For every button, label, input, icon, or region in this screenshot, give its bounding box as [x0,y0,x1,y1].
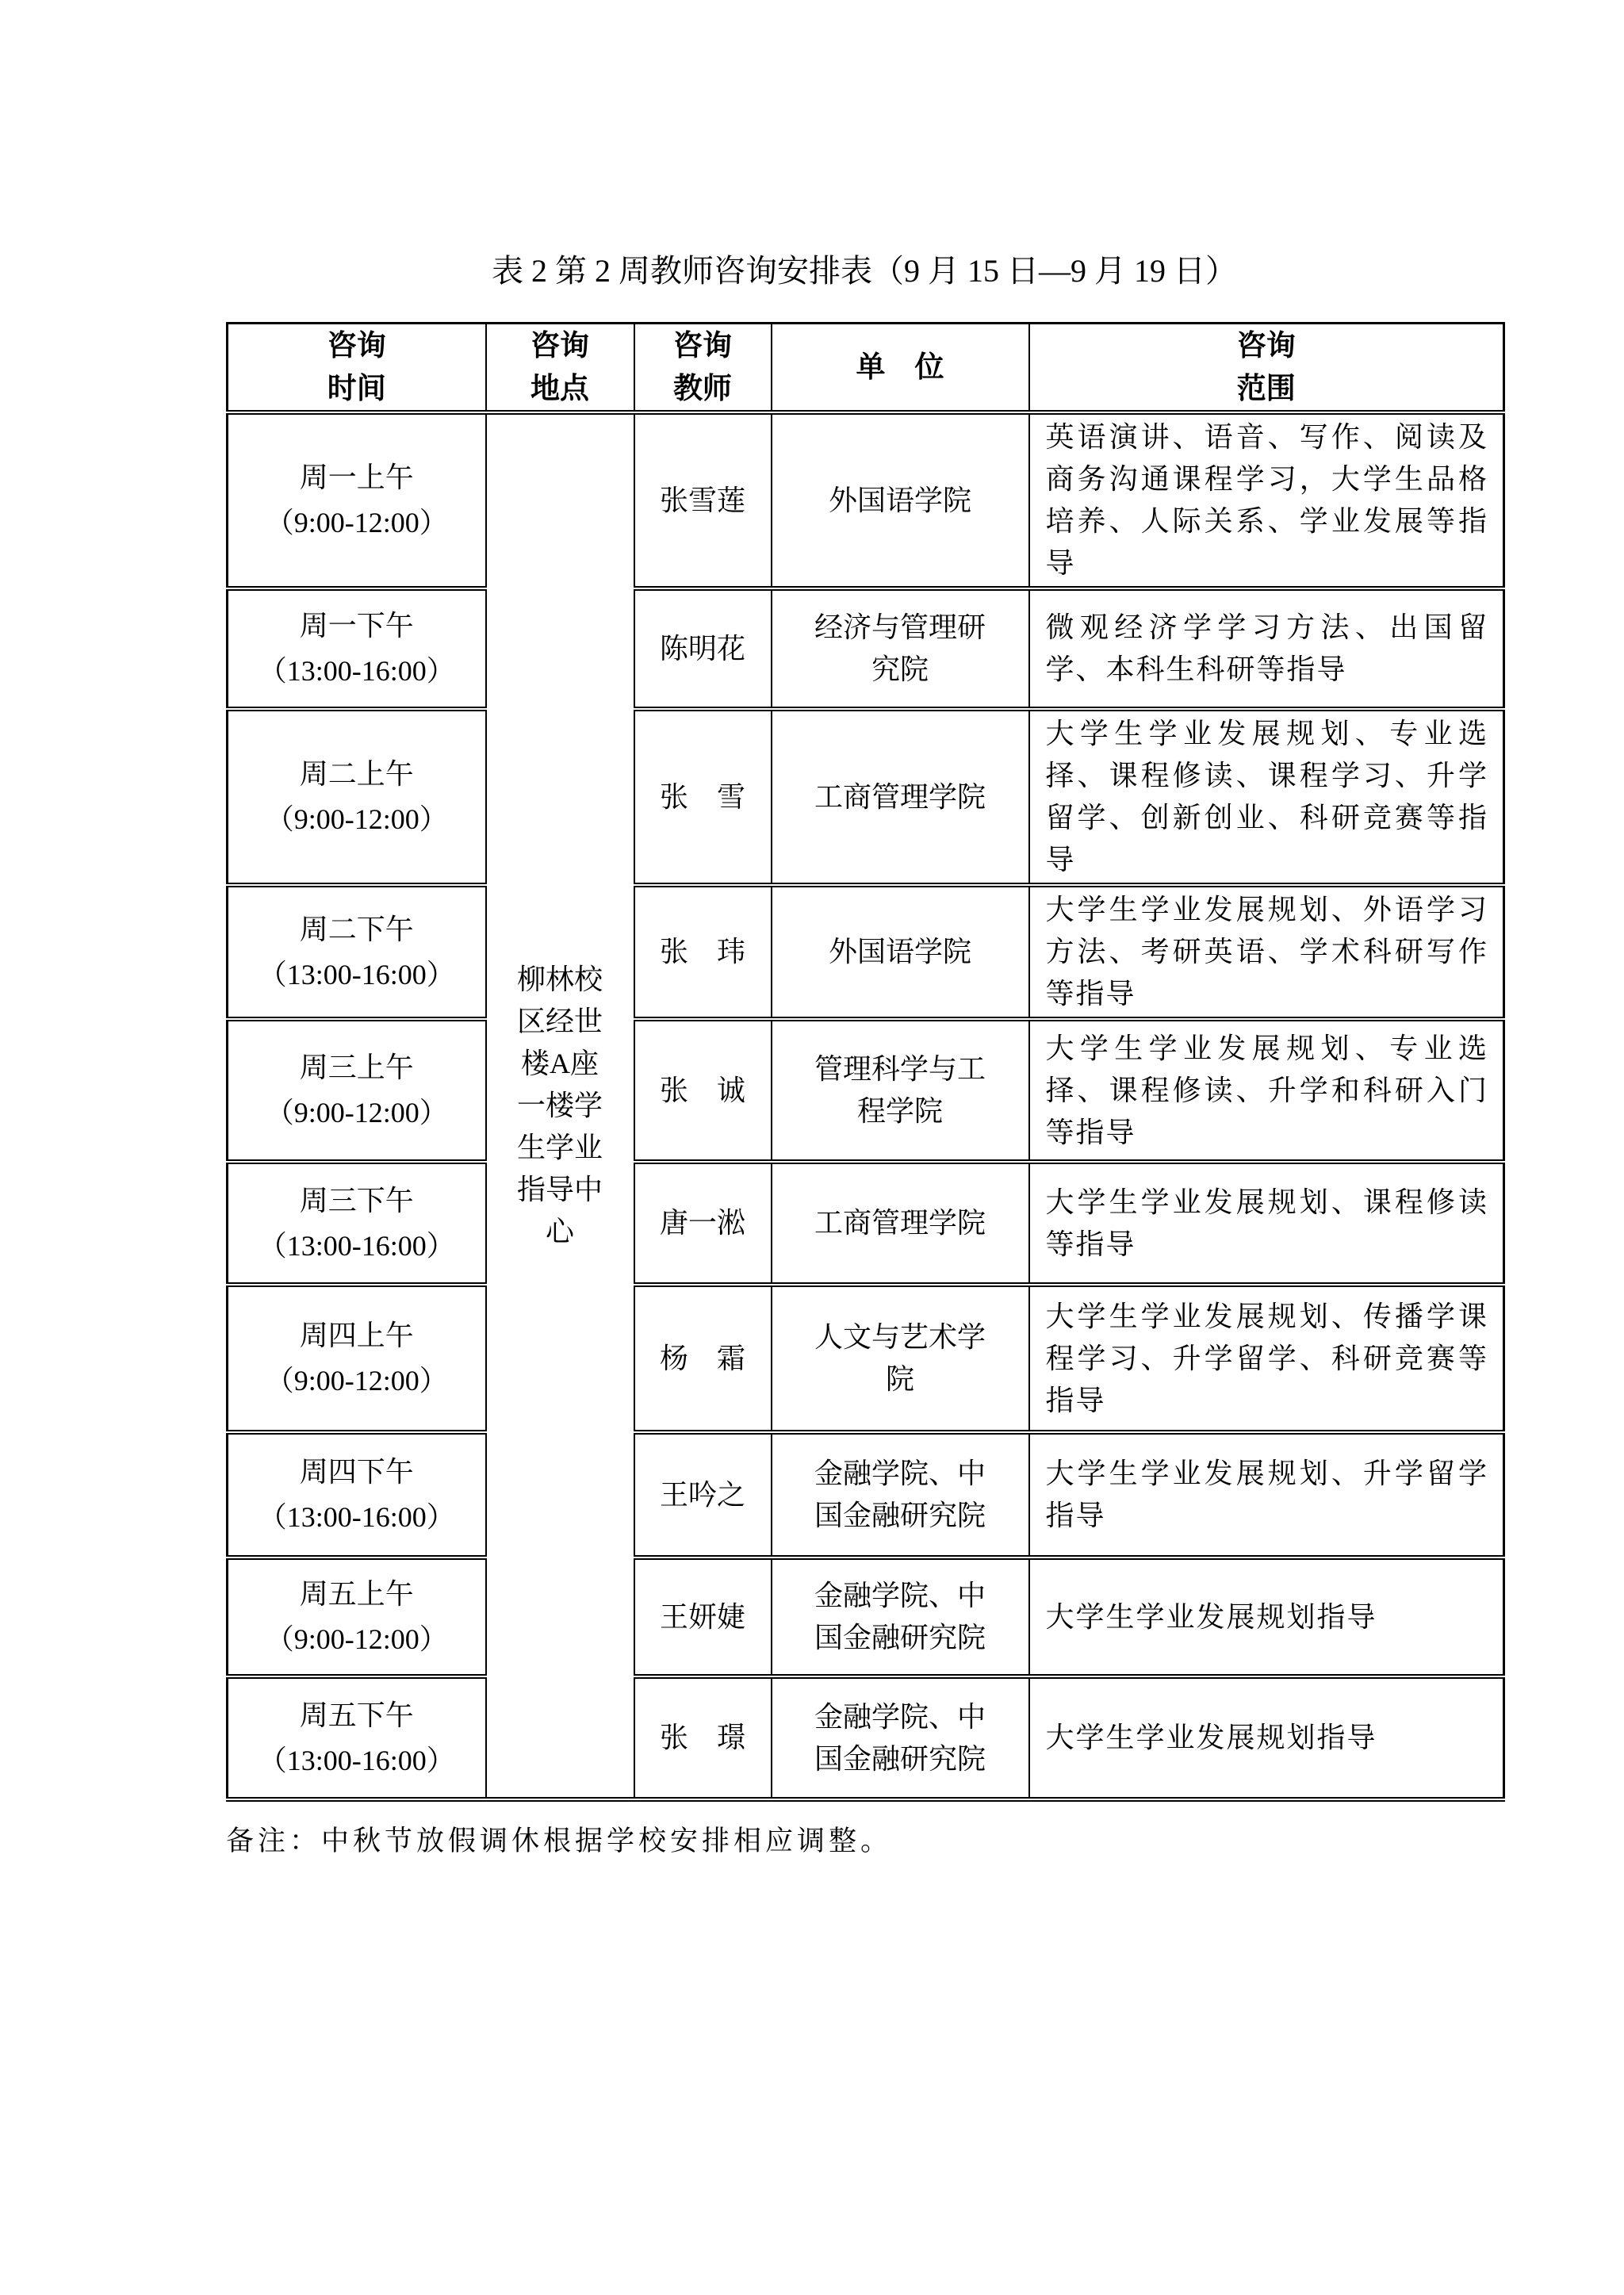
consultation-schedule-table: 咨询 时间 咨询 地点 咨询 教师 单 位 咨询 范围 周一上午 （9:00-1… [226,322,1505,1802]
header-unit: 单 位 [772,324,1029,413]
scope-cell: 英语演讲、语音、写作、阅读及商务沟通课程学习，大学生品格培养、人际关系、学业发展… [1029,412,1504,588]
scope-cell: 微观经济学学习方法、出国留学、本科生科研等指导 [1029,588,1504,709]
table-row: 周五上午 （9:00-12:00） 王妍婕 金融学院、中国金融研究院 大学生学业… [228,1557,1504,1676]
location-cell: 柳林校区经世楼A座一楼学生学业指导中心 [486,412,634,1799]
time-cell: 周二上午 （9:00-12:00） [228,709,486,885]
scope-cell: 大学生学业发展规划、升学留学指导 [1029,1432,1504,1557]
table-row: 周四下午 （13:00-16:00） 王吟之 金融学院、中国金融研究院 大学生学… [228,1432,1504,1557]
teacher-cell: 王吟之 [634,1432,772,1557]
time-cell: 周五下午 （13:00-16:00） [228,1676,486,1799]
teacher-cell: 王妍婕 [634,1557,772,1676]
unit-cell: 经济与管理研究院 [772,588,1029,709]
table-row: 周五下午 （13:00-16:00） 张 璟 金融学院、中国金融研究院 大学生学… [228,1676,1504,1799]
time-cell: 周五上午 （9:00-12:00） [228,1557,486,1676]
table-row: 周三上午 （9:00-12:00） 张 诚 管理科学与工程学院 大学生学业发展规… [228,1019,1504,1162]
teacher-cell: 张 诚 [634,1019,772,1162]
header-consult-location: 咨询 地点 [486,324,634,413]
unit-cell: 金融学院、中国金融研究院 [772,1557,1029,1676]
scope-cell: 大学生学业发展规划、传播学课程学习、升学留学、科研竞赛等指导 [1029,1285,1504,1432]
scope-cell: 大学生学业发展规划、外语学习方法、考研英语、学术科研写作等指导 [1029,885,1504,1019]
scope-cell: 大学生学业发展规划、课程修读等指导 [1029,1162,1504,1285]
table-row: 周四上午 （9:00-12:00） 杨 霜 人文与艺术学院 大学生学业发展规划、… [228,1285,1504,1432]
table-row: 周二下午 （13:00-16:00） 张 玮 外国语学院 大学生学业发展规划、外… [228,885,1504,1019]
table-row: 周二上午 （9:00-12:00） 张 雪 工商管理学院 大学生学业发展规划、专… [228,709,1504,885]
scope-cell: 大学生学业发展规划、专业选择、课程修读、升学和科研入门等指导 [1029,1019,1504,1162]
unit-cell: 工商管理学院 [772,709,1029,885]
document-page: 表 2 第 2 周教师咨询安排表（9 月 15 日—9 月 19 日） 咨询 时… [0,0,1624,2295]
time-cell: 周三上午 （9:00-12:00） [228,1019,486,1162]
scope-cell: 大学生学业发展规划、专业选择、课程修读、课程学习、升学留学、创新创业、科研竞赛等… [1029,709,1504,885]
table-title: 表 2 第 2 周教师咨询安排表（9 月 15 日—9 月 19 日） [226,252,1503,290]
unit-cell: 外国语学院 [772,885,1029,1019]
header-consult-time: 咨询 时间 [228,324,486,413]
table-row: 周一上午 （9:00-12:00） 柳林校区经世楼A座一楼学生学业指导中心 张雪… [228,412,1504,588]
time-cell: 周四上午 （9:00-12:00） [228,1285,486,1432]
teacher-cell: 杨 霜 [634,1285,772,1432]
unit-cell: 工商管理学院 [772,1162,1029,1285]
unit-cell: 人文与艺术学院 [772,1285,1029,1432]
unit-cell: 外国语学院 [772,412,1029,588]
teacher-cell: 张雪莲 [634,412,772,588]
time-cell: 周一上午 （9:00-12:00） [228,412,486,588]
table-row: 周一下午 （13:00-16:00） 陈明花 经济与管理研究院 微观经济学学习方… [228,588,1504,709]
unit-cell: 金融学院、中国金融研究院 [772,1432,1029,1557]
table-row: 周三下午 （13:00-16:00） 唐一淞 工商管理学院 大学生学业发展规划、… [228,1162,1504,1285]
scope-cell: 大学生学业发展规划指导 [1029,1676,1504,1799]
header-consult-teacher: 咨询 教师 [634,324,772,413]
teacher-cell: 张 雪 [634,709,772,885]
header-consult-scope: 咨询 范围 [1029,324,1504,413]
scope-cell: 大学生学业发展规划指导 [1029,1557,1504,1676]
teacher-cell: 陈明花 [634,588,772,709]
teacher-cell: 张 璟 [634,1676,772,1799]
time-cell: 周一下午 （13:00-16:00） [228,588,486,709]
time-cell: 周二下午 （13:00-16:00） [228,885,486,1019]
unit-cell: 管理科学与工程学院 [772,1019,1029,1162]
time-cell: 周四下午 （13:00-16:00） [228,1432,486,1557]
time-cell: 周三下午 （13:00-16:00） [228,1162,486,1285]
unit-cell: 金融学院、中国金融研究院 [772,1676,1029,1799]
document-content: 表 2 第 2 周教师咨询安排表（9 月 15 日—9 月 19 日） 咨询 时… [226,252,1503,1860]
footnote: 备注：中秋节放假调休根据学校安排相应调整。 [226,1822,1503,1860]
header-row: 咨询 时间 咨询 地点 咨询 教师 单 位 咨询 范围 [228,324,1504,413]
teacher-cell: 张 玮 [634,885,772,1019]
teacher-cell: 唐一淞 [634,1162,772,1285]
